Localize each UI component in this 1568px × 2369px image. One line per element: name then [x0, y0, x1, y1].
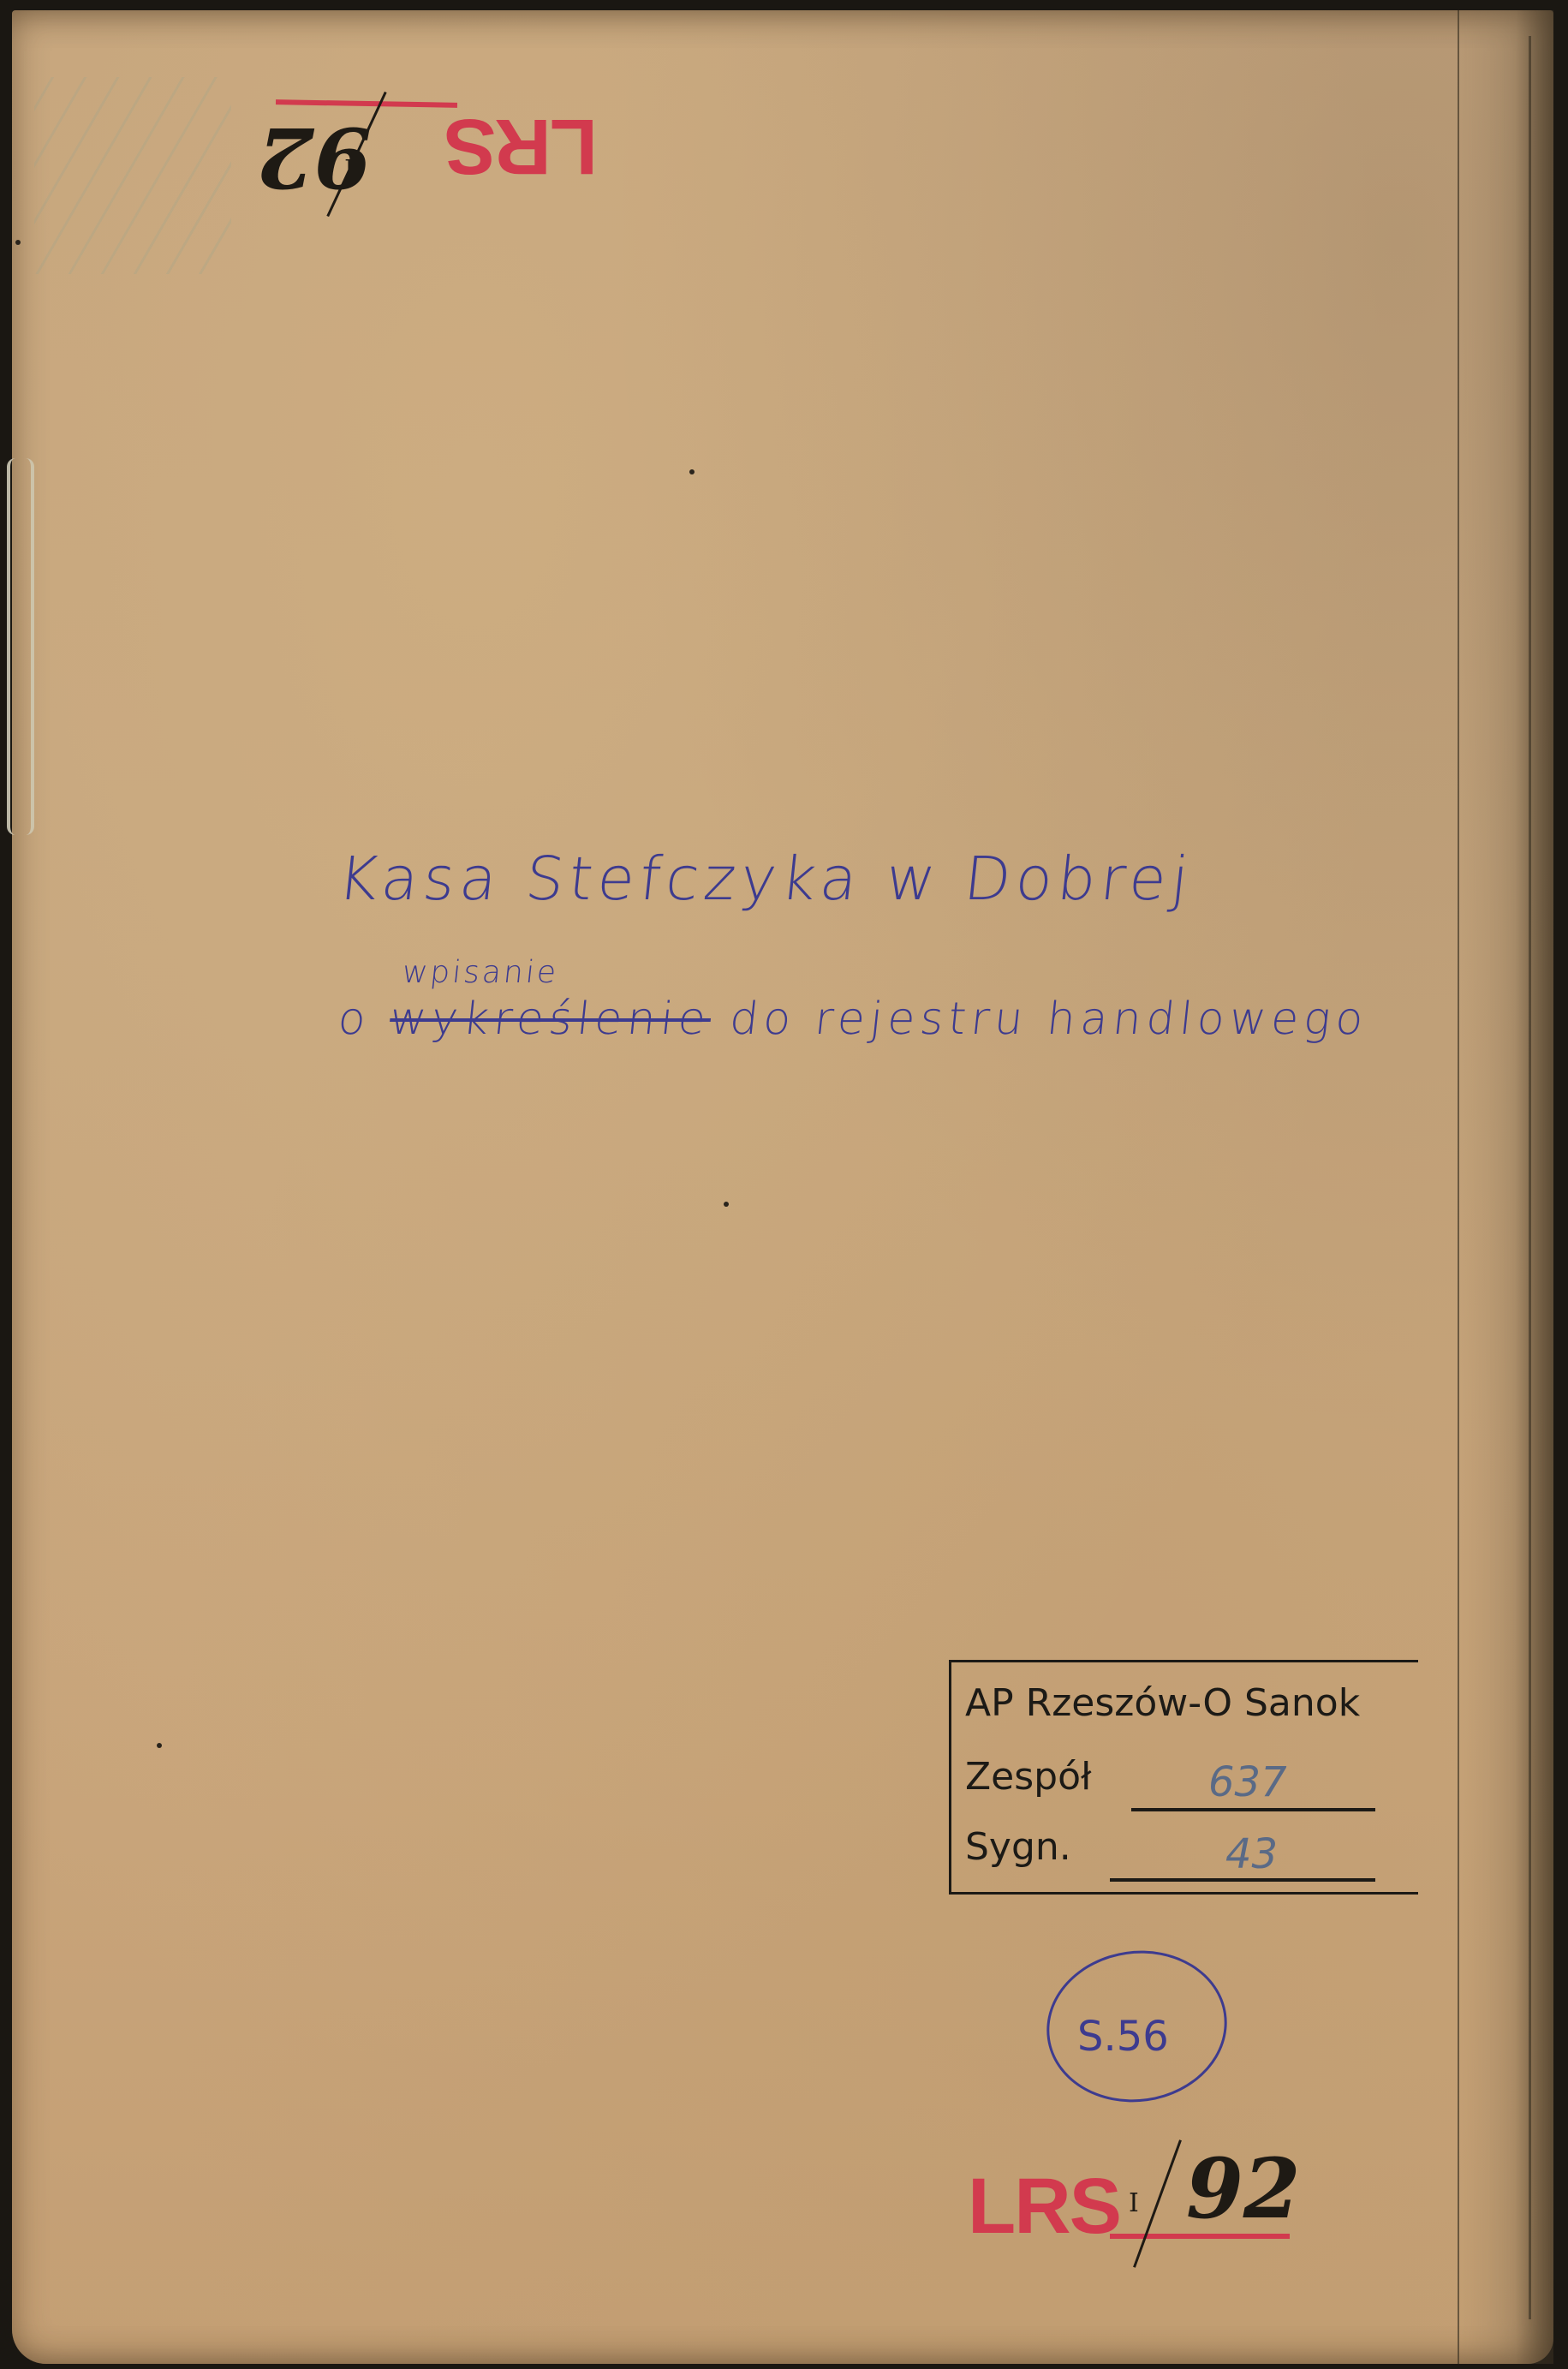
title-insertion: wpisanie — [401, 955, 560, 990]
top-stamp-number: 92 — [257, 116, 372, 198]
ink-speck — [157, 1743, 162, 1748]
zespol-value: 637 — [1208, 1758, 1287, 1806]
file-cover — [12, 10, 1553, 2364]
sygn-value: 43 — [1225, 1830, 1278, 1878]
sygn-line — [1110, 1878, 1375, 1882]
top-lrs-stamp: LRS — [445, 107, 598, 186]
ink-speck — [15, 240, 21, 245]
faint-pencil-marks — [34, 77, 231, 274]
ink-speck — [724, 1202, 729, 1207]
binding-cord — [7, 458, 34, 835]
subject-rest: do rejestru handlowego — [727, 994, 1370, 1045]
page-note: S.56 — [1077, 2013, 1169, 2061]
zespol-line — [1131, 1808, 1375, 1811]
document-subject: o wykreślenie do rejestru handlowego — [336, 994, 1371, 1045]
document-title: Kasa Stefczyka w Dobrej — [335, 844, 1197, 914]
sygn-label: Sygn. — [965, 1825, 1071, 1869]
ink-speck — [689, 469, 695, 474]
zespol-label: Zespół — [965, 1755, 1092, 1799]
subject-prefix: o — [336, 994, 373, 1045]
bottom-lrs-stamp: LRS — [968, 2167, 1120, 2246]
bottom-stamp-number: 92 — [1186, 2148, 1301, 2230]
subject-struck-word: wykreślenie — [387, 994, 713, 1045]
archive-name: AP Rzeszów-O Sanok — [965, 1681, 1360, 1725]
archive-stamp: AP Rzeszów-O Sanok Zespół Sygn. 637 43 — [949, 1660, 1418, 1895]
cover-right-wear — [1458, 10, 1553, 2364]
bottom-stamp-roman: I — [1129, 2188, 1139, 2218]
cover-edge-line — [1529, 36, 1531, 2319]
